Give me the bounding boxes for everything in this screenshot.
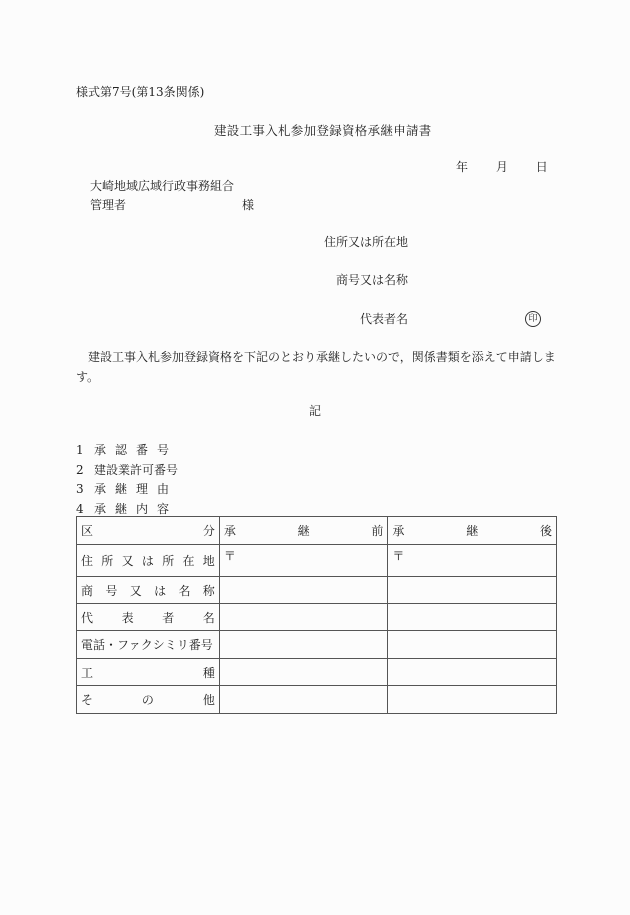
cell-after[interactable]: 〒 <box>388 545 557 577</box>
header-after: 承継後 <box>388 517 557 545</box>
table-row: 商号又は名称 <box>77 577 557 604</box>
header-before: 承継前 <box>219 517 388 545</box>
row-label: 住所又は所在地 <box>77 545 220 577</box>
addressee-organization: 大崎地域広域行政事務組合 <box>90 180 234 192</box>
cell-before[interactable]: 〒 <box>219 545 388 577</box>
row-label: 電話・ファクシミリ番号 <box>77 631 220 659</box>
cell-before[interactable] <box>219 604 388 631</box>
year-label: 年 <box>456 161 468 173</box>
seal-icon: 印 <box>525 311 541 327</box>
item-number: 3 <box>76 483 94 503</box>
form-number: 様式第7号(第13条関係) <box>76 86 204 98</box>
header-category: 区分 <box>77 517 220 545</box>
table-header-row: 区分承継前承継後 <box>77 517 557 545</box>
succession-table: 区分承継前承継後住所又は所在地〒〒商号又は名称代表者名電話・ファクシミリ番号工種… <box>76 516 557 714</box>
item-label: 建設業許可番号 <box>94 464 178 484</box>
cell-before[interactable] <box>219 631 388 659</box>
cell-after[interactable] <box>388 631 557 659</box>
month-label: 月 <box>496 161 508 173</box>
row-label: 代表者名 <box>77 604 220 631</box>
table-row: 電話・ファクシミリ番号 <box>77 631 557 659</box>
body-paragraph: 建設工事入札参加登録資格を下記のとおり承継したいので，関係書類を添えて申請します… <box>76 347 556 387</box>
table-row: 工種 <box>77 659 557 686</box>
item-label: 承認番号 <box>94 444 178 464</box>
list-item: 1承認番号 <box>76 444 178 464</box>
cell-before[interactable] <box>219 659 388 686</box>
applicant-representative-label: 代表者名 <box>268 313 408 325</box>
cell-after[interactable] <box>388 659 557 686</box>
cell-before[interactable] <box>219 686 388 714</box>
cell-before[interactable] <box>219 577 388 604</box>
item-number: 2 <box>76 464 94 484</box>
item-number: 1 <box>76 444 94 464</box>
list-item: 3承継理由 <box>76 483 178 503</box>
addressee-honorific: 様 <box>242 199 254 211</box>
table-row: 代表者名 <box>77 604 557 631</box>
ki-heading: 記 <box>309 405 321 417</box>
cell-after[interactable] <box>388 577 557 604</box>
date-line: 年 月 日 <box>456 161 548 173</box>
table-row: その他 <box>77 686 557 714</box>
row-label: その他 <box>77 686 220 714</box>
cell-after[interactable] <box>388 604 557 631</box>
document-title: 建設工事入札参加登録資格承継申請書 <box>214 125 432 138</box>
applicant-company-label: 商号又は名称 <box>268 274 408 286</box>
row-label: 商号又は名称 <box>77 577 220 604</box>
addressee-title: 管理者 <box>90 199 126 211</box>
applicant-address-label: 住所又は所在地 <box>268 236 408 248</box>
item-list: 1承認番号2建設業許可番号3承継理由4承継内容 <box>76 444 178 522</box>
list-item: 2建設業許可番号 <box>76 464 178 484</box>
day-label: 日 <box>536 161 548 173</box>
table-row: 住所又は所在地〒〒 <box>77 545 557 577</box>
item-label: 承継理由 <box>94 483 178 503</box>
row-label: 工種 <box>77 659 220 686</box>
cell-after[interactable] <box>388 686 557 714</box>
